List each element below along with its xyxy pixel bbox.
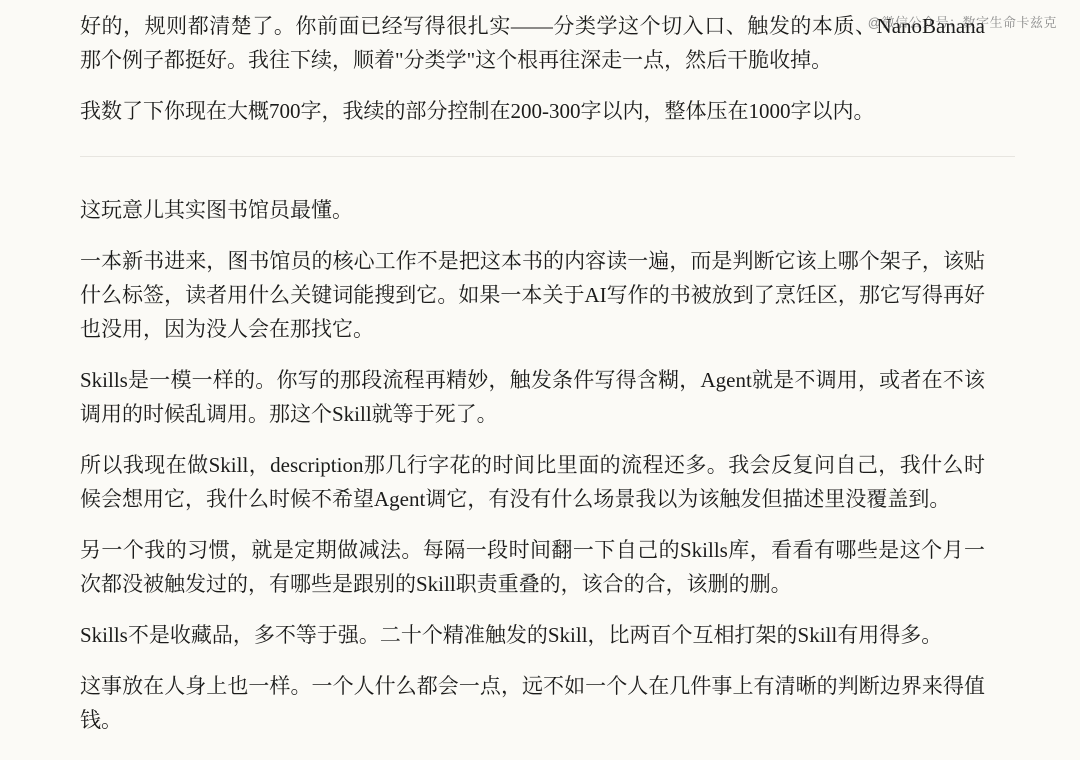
paragraph: 一本新书进来，图书馆员的核心工作不是把这本书的内容读一遍，而是判断它该上哪个架子… [80,244,985,346]
paragraph: 我数了下你现在大概700字，我续的部分控制在200-300字以内，整体压在100… [80,94,985,128]
paragraph: 另一个我的习惯，就是定期做减法。每隔一段时间翻一下自己的Skills库，看看有哪… [80,533,985,601]
message-section-bottom: 这玩意儿其实图书馆员最懂。 一本新书进来，图书馆员的核心工作不是把这本书的内容读… [80,193,1015,737]
paragraph: 这事放在人身上也一样。一个人什么都会一点，远不如一个人在几件事上有清晰的判断边界… [80,669,985,737]
paragraph: Skills是一模一样的。你写的那段流程再精妙，触发条件写得含糊，Agent就是… [80,363,985,431]
paragraph: 所以我现在做Skill，description那几行字花的时间比里面的流程还多。… [80,448,985,516]
section-divider [80,156,1015,157]
paragraph: Skills不是收藏品，多不等于强。二十个精准触发的Skill，比两百个互相打架… [80,618,985,652]
paragraph: 这玩意儿其实图书馆员最懂。 [80,193,985,227]
chat-transcript: 好的，规则都清楚了。你前面已经写得很扎实——分类学这个切入口、触发的本质、Nan… [80,0,1015,754]
message-section-top: 好的，规则都清楚了。你前面已经写得很扎实——分类学这个切入口、触发的本质、Nan… [80,9,1015,128]
paragraph: 好的，规则都清楚了。你前面已经写得很扎实——分类学这个切入口、触发的本质、Nan… [80,9,985,77]
